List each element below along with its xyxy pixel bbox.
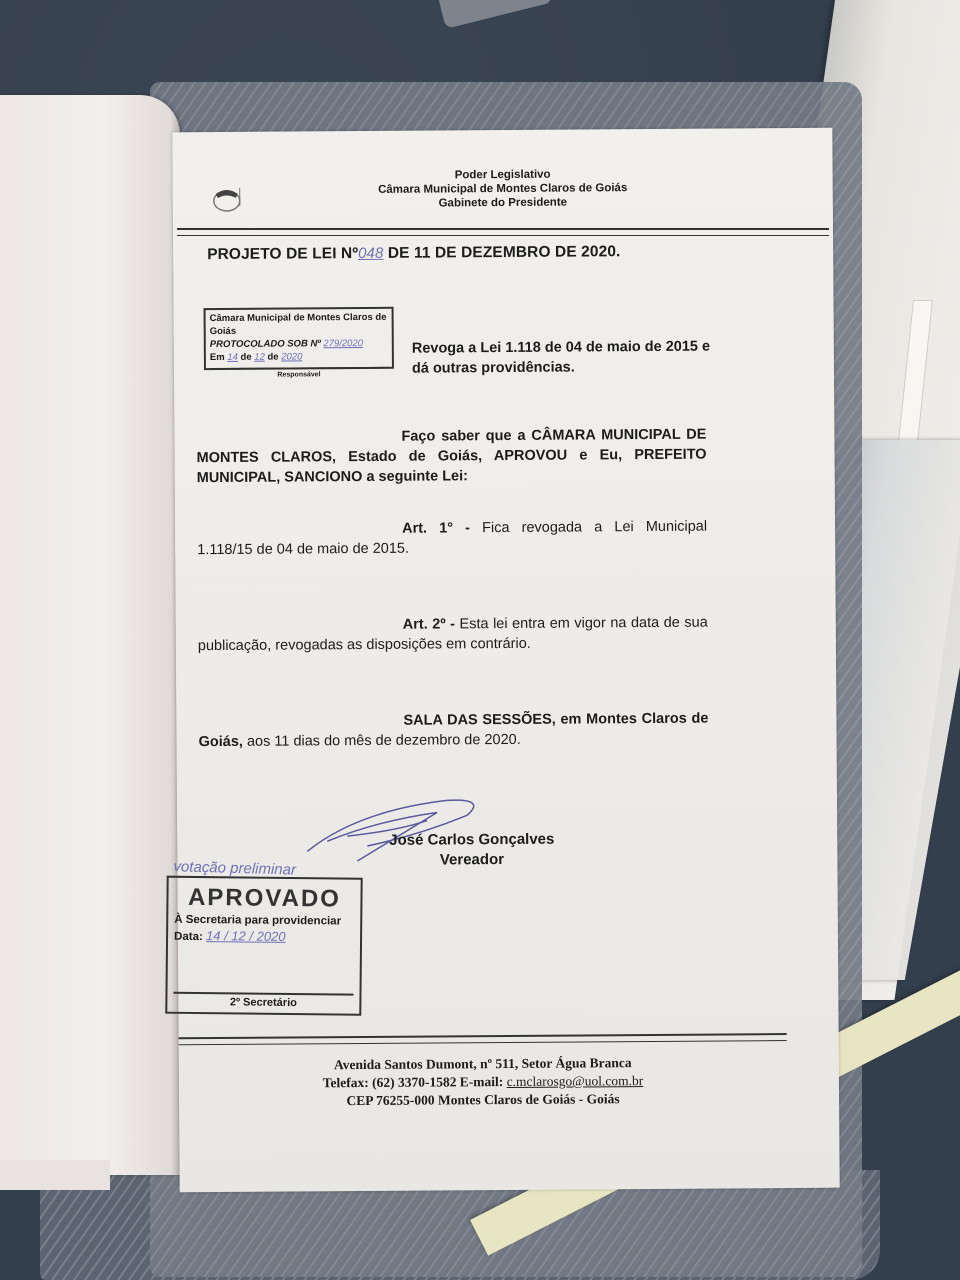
protocol-date-row: Em 14 de 12 de 2020 [210,350,388,364]
approval-status: APROVADO [168,884,360,914]
em-label: Em [210,352,225,363]
footer-cep: CEP 76255-000 Montes Claros de Goiás - G… [179,1089,787,1111]
protocol-label: PROTOCOLADO SOB Nº [210,338,321,350]
signatory-role: Vereador [389,850,554,871]
header-divider [177,228,829,236]
enacting-clause: Faço saber que a CÂMARA MUNICIPAL DE MON… [196,425,706,489]
protocol-month: 12 [254,352,265,363]
de-label-2: de [267,352,278,363]
sala-text: aos 11 dias do mês de dezembro de 2020. [247,732,521,750]
article-1: Art. 1° - Fica revogada a Lei Municipal … [197,517,707,561]
left-page-edge [0,1160,110,1190]
title-prefix: PROJETO DE LEI Nº [207,245,358,263]
approval-stamp: APROVADO À Secretaria para providenciar … [165,876,362,1016]
signatory-block: José Carlos Gonçalves Vereador [389,830,554,871]
de-label-1: de [240,352,251,363]
approval-date-row: Data: 14 / 12 / 2020 [174,928,354,945]
law-project-document: Poder Legislativo Câmara Municipal de Mo… [172,128,839,1193]
protocol-number-row: PROTOCOLADO SOB Nº 279/2020 [210,337,388,351]
session-hall-clause: SALA DAS SESSÕES, em Montes Claros de Go… [198,709,708,753]
protocol-day: 14 [227,352,238,363]
sala-mid: em Montes [560,711,637,728]
approval-signer-role: 2º Secretário [173,992,353,1010]
document-title: PROJETO DE LEI Nº048 DE 11 DE DEZEMBRO D… [207,243,620,264]
article-2-label: Art. 2º - [403,616,455,632]
responsavel-label: Responsável [210,367,388,382]
enacting-clause-text: Faço saber que a CÂMARA MUNICIPAL DE MON… [197,427,707,487]
protocol-year: 2020 [281,351,302,362]
footer-phone: Telefax: (62) 3370-1582 E-mail: [323,1074,504,1090]
protocol-stamp: Câmara Municipal de Montes Claros de Goi… [204,307,394,370]
article-2: Art. 2º - Esta lei entra em vigor na dat… [198,613,708,657]
protocol-number: 279/2020 [323,338,363,349]
document-footer: Avenida Santos Dumont, nº 511, Setor Águ… [179,1053,787,1111]
protocol-stamp-heading: Câmara Municipal de Montes Claros de Goi… [210,311,388,338]
signatory-name: José Carlos Gonçalves [389,830,554,851]
approval-date-value: 14 / 12 / 2020 [206,928,286,944]
sala-label: SALA DAS SESSÕES, [403,712,555,729]
footer-divider [179,1033,787,1045]
title-suffix: DE 11 DE DEZEMBRO DE 2020. [388,243,621,262]
article-1-label: Art. 1° - [402,520,470,536]
bill-number-handwritten: 048 [358,245,383,262]
left-book-page [0,95,180,1175]
approval-date-label: Data: [174,931,203,943]
footer-email-link[interactable]: c.mclarosgo@uol.com.br [507,1073,644,1089]
approval-instruction: À Secretaria para providenciar [174,914,354,928]
ementa: Revoga a Lei 1.118 de 04 de maio de 2015… [412,337,712,379]
document-header: Poder Legislativo Câmara Municipal de Mo… [173,166,833,213]
